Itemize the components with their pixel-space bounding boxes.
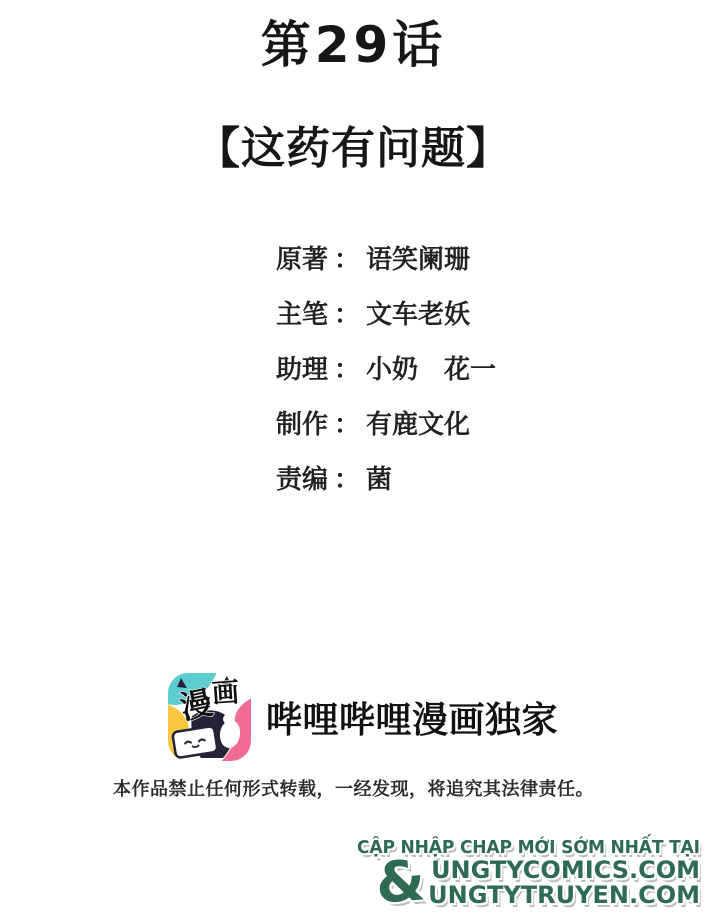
credit-row-editor: 责编：菌 [276,453,496,508]
credit-row-original-author: 原著：语笑阑珊 [276,233,496,288]
credit-name: 语笑阑珊 [366,233,470,288]
ampersand-glyph: & [375,856,427,909]
exclusive-label: 哔哩哔哩漫画独家 [266,692,558,743]
chapter-title: 第29话 [0,5,707,77]
manga-title-page: 第29话 【这药有问题】 原著：语笑阑珊 主笔：文车老妖 助理：小奶 花一 制作… [0,0,707,919]
publisher-brand: 漫 画 哔哩哔哩漫画独家 [167,672,558,762]
watermark-site-2: UNGTYTRUYEN.COM [428,883,700,908]
episode-title: 【这药有问题】 [0,112,707,176]
credit-role: 责编 [276,453,328,508]
credit-name: 有鹿文化 [366,398,470,453]
credit-row-production: 制作：有鹿文化 [276,398,496,453]
credit-role: 制作 [276,398,328,453]
credit-role: 原著 [276,233,328,288]
credit-colon: ： [328,343,366,398]
logo-char-2: 画 [211,677,240,710]
credit-row-main-artist: 主笔：文车老妖 [276,288,496,343]
credit-row-assistant: 助理：小奶 花一 [276,343,496,398]
credit-colon: ： [328,288,366,343]
watermark-sites-row: & UNGTYCOMICS.COM UNGTYTRUYEN.COM [339,858,700,908]
credit-name: 文车老妖 [366,288,470,343]
credit-name: 小奶 花一 [366,343,496,398]
translator-watermark: CẬP NHẬP CHAP MỚI SỚM NHẤT TẠI & UNGTYCO… [339,837,700,908]
watermark-site-1: UNGTYCOMICS.COM [428,858,700,883]
credit-colon: ： [328,453,366,508]
credits-list: 原著：语笑阑珊 主笔：文车老妖 助理：小奶 花一 制作：有鹿文化 责编：菌 [276,233,496,508]
bilibili-manga-logo-icon: 漫 画 [167,672,252,762]
credit-role: 主笔 [276,288,328,343]
copyright-disclaimer: 本作品禁止任何形式转载，一经发现，将追究其法律责任。 [0,775,707,801]
credit-name: 菌 [366,453,392,508]
watermark-sites: UNGTYCOMICS.COM UNGTYTRUYEN.COM [428,858,700,908]
credit-role: 助理 [276,343,328,398]
credit-colon: ： [328,233,366,288]
credit-colon: ： [328,398,366,453]
